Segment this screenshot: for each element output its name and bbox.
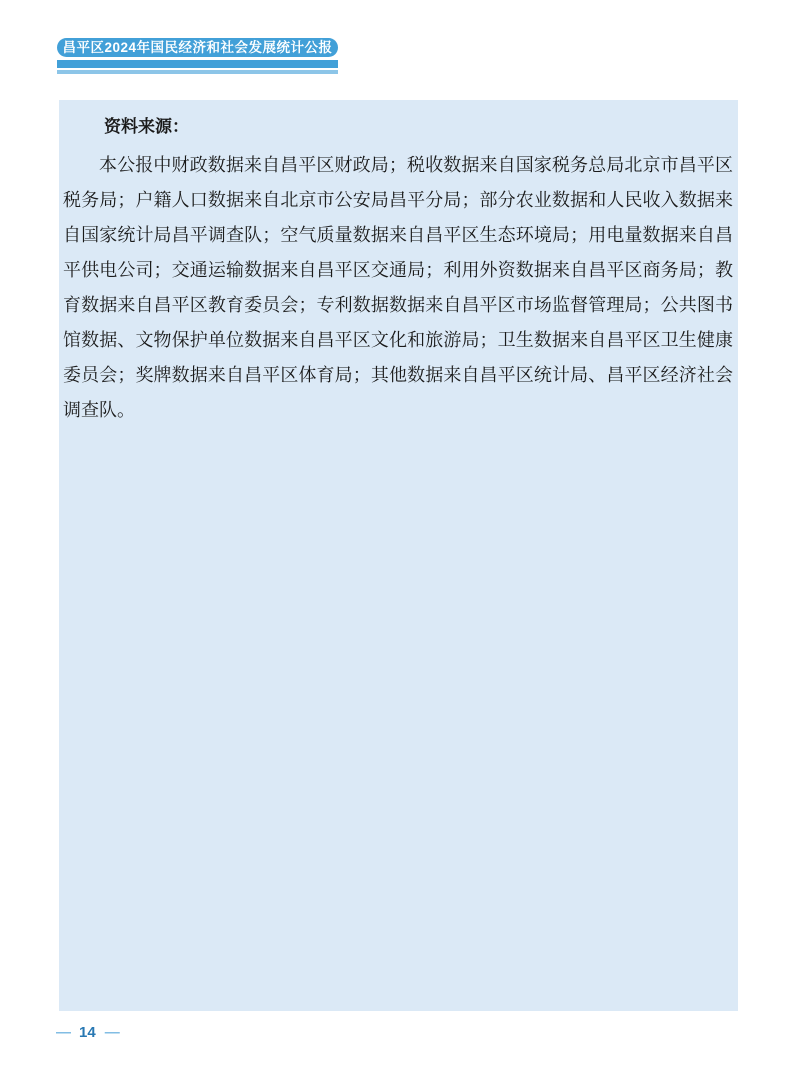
bulletin-title-badge: 昌平区2024年国民经济和社会发展统计公报 <box>57 38 338 57</box>
source-paragraph: 本公报中财政数据来自昌平区财政局；税收数据来自国家税务总局北京市昌平区税务局；户… <box>63 148 733 428</box>
page-footer: — 14 — <box>56 1024 119 1042</box>
header-rule-thin <box>57 70 338 74</box>
source-heading: 资料来源： <box>104 117 738 137</box>
document-page: 昌平区2024年国民经济和社会发展统计公报 资料来源： 本公报中财政数据来自昌平… <box>0 0 794 1078</box>
source-note-box: 资料来源： 本公报中财政数据来自昌平区财政局；税收数据来自国家税务总局北京市昌平… <box>59 100 738 1011</box>
header-rule-thick <box>57 60 338 68</box>
footer-dash-left: — <box>56 1024 70 1042</box>
page-number: 14 <box>79 1024 96 1042</box>
footer-dash-right: — <box>105 1024 119 1042</box>
